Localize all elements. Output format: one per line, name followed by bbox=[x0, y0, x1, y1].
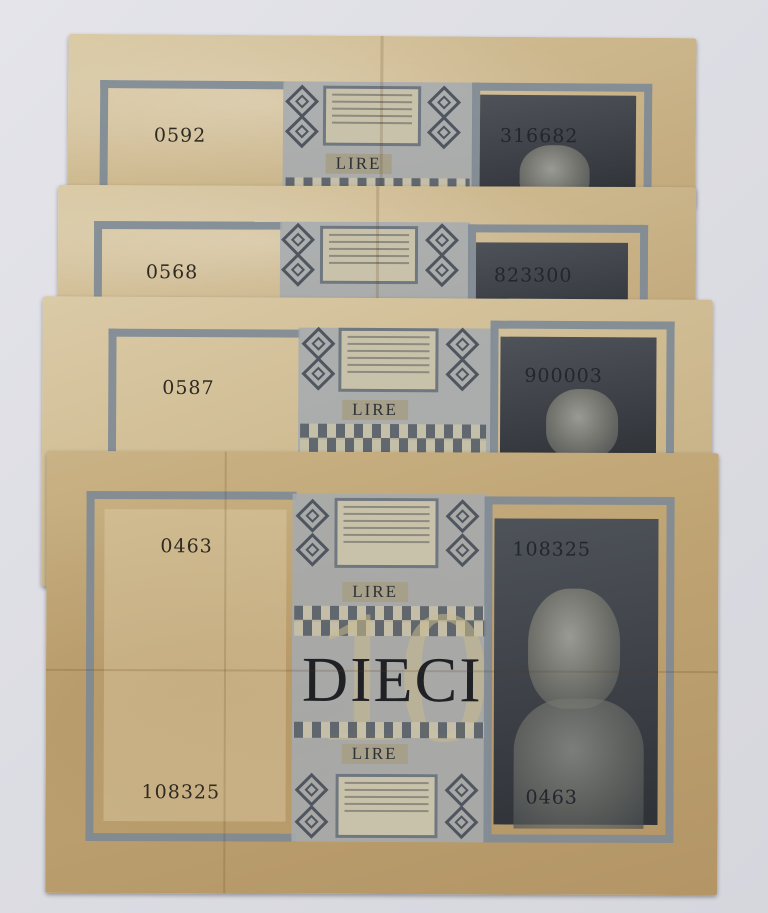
denomination-lire-bottom: LIRE bbox=[342, 744, 408, 764]
banknote-0592: LIRE 0592 316682 bbox=[67, 34, 696, 208]
serial-top-left: 0463 bbox=[160, 535, 212, 557]
denomination-text: DIECI bbox=[302, 648, 483, 713]
serial-right: 823300 bbox=[494, 264, 573, 286]
serial-bottom-right: 0463 bbox=[526, 787, 578, 809]
denomination-lire: LIRE bbox=[342, 400, 408, 420]
serial-left: 0592 bbox=[154, 124, 207, 146]
checker-pattern bbox=[294, 722, 486, 739]
legal-text-box bbox=[338, 328, 438, 393]
serial-right: 900003 bbox=[524, 365, 603, 387]
portrait-drapery bbox=[513, 698, 643, 828]
legal-text-box bbox=[323, 86, 421, 147]
portrait-face bbox=[546, 389, 618, 459]
serial-left: 0587 bbox=[162, 377, 214, 399]
serial-top-right: 108325 bbox=[512, 538, 591, 560]
serial-left: 0568 bbox=[146, 261, 198, 283]
legal-text-box bbox=[320, 226, 418, 284]
serial-right: 316682 bbox=[500, 125, 579, 148]
portrait-face bbox=[528, 589, 620, 709]
banknote-0463: LIRE 10 DIECI LIRE 0463 108325 108325 04… bbox=[45, 451, 719, 895]
legal-text-box-bottom bbox=[335, 774, 437, 838]
serial-bottom-left: 108325 bbox=[142, 781, 221, 803]
legal-text-box bbox=[334, 498, 438, 568]
portrait-image bbox=[500, 337, 657, 460]
